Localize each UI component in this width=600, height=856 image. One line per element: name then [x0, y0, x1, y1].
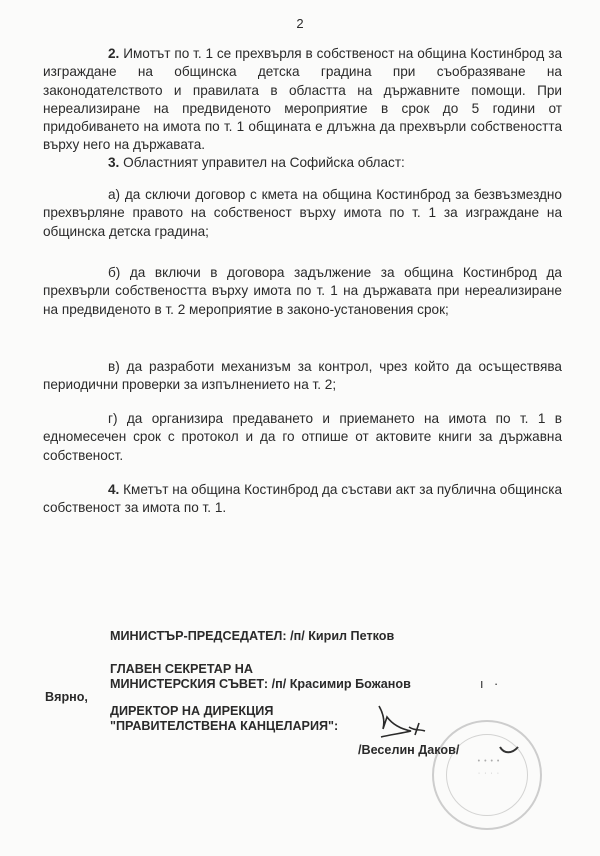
paragraph-text: Областният управител на Софийска област:: [123, 155, 405, 170]
true-copy-label: Вярно,: [45, 690, 88, 705]
item-number: 4.: [108, 482, 119, 497]
paragraph-text: в) да разработи механизъм за контрол, чр…: [43, 359, 562, 392]
paragraph-4: 4. Кметът на община Костинброд да състав…: [43, 481, 562, 518]
ink-mark: ı ·: [480, 677, 498, 692]
paragraph-2: 2. Имотът по т. 1 се прехвърля в собстве…: [43, 45, 562, 155]
paragraph-3: 3. Областният управител на Софийска обла…: [43, 154, 562, 172]
secretary-signature: МИНИСТЕРСКИЯ СЪВЕТ: /п/ Красимир Божанов: [110, 677, 411, 692]
secretary-title: ГЛАВЕН СЕКРЕТАР НА: [110, 662, 253, 677]
paragraph-3a: а) да сключи договор с кмета на община К…: [43, 186, 562, 241]
paragraph-3v: в) да разработи механизъм за контрол, чр…: [43, 358, 562, 395]
page-number: 2: [0, 16, 600, 31]
paragraph-text: г) да организира предаването и приеманет…: [43, 411, 562, 463]
paragraph-text: б) да включи в договора задължение за об…: [43, 265, 562, 317]
director-department: "ПРАВИТЕЛСТВЕНА КАНЦЕЛАРИЯ":: [110, 719, 338, 734]
paragraph-3b: б) да включи в договора задължение за об…: [43, 264, 562, 319]
paragraph-text: Имотът по т. 1 се прехвърля в собственос…: [43, 46, 562, 152]
prime-minister-signature: МИНИСТЪР-ПРЕДСЕДАТЕЛ: /п/ Кирил Петков: [110, 629, 394, 644]
handwritten-signature-icon: [375, 703, 450, 743]
paragraph-text: а) да сключи договор с кмета на община К…: [43, 187, 562, 239]
paragraph-3g: г) да организира предаването и приеманет…: [43, 410, 562, 465]
item-number: 2.: [108, 46, 119, 61]
paragraph-text: Кметът на община Костинброд да състави а…: [43, 482, 562, 515]
director-title: ДИРЕКТОР НА ДИРЕКЦИЯ: [110, 704, 273, 719]
official-stamp-icon: • • • • · · · ·: [432, 720, 542, 830]
item-number: 3.: [108, 155, 119, 170]
